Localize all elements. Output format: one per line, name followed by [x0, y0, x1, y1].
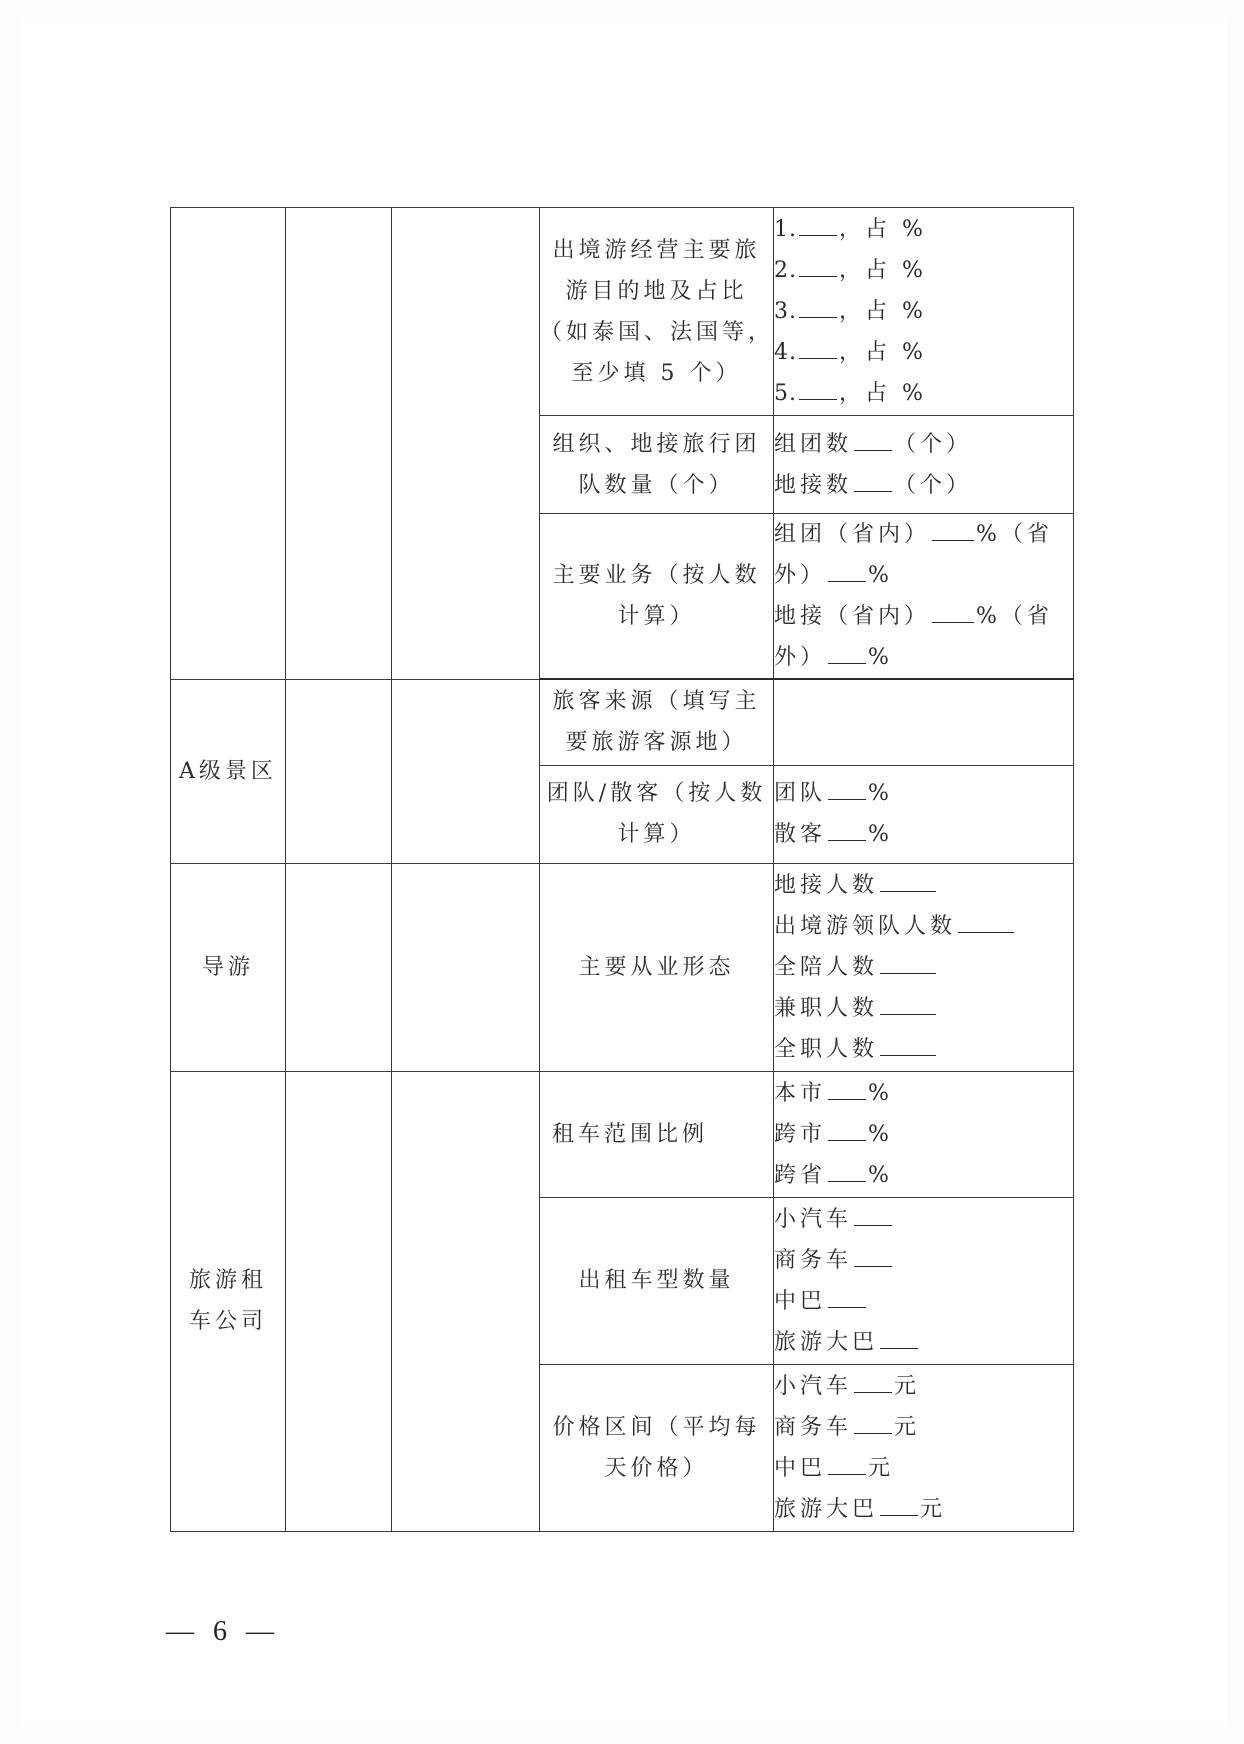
item-label-line: 队数量（个） [540, 465, 773, 506]
category-tour-guide: 导游 [171, 863, 286, 1071]
fill-cell-employment-form: 地接人数 出境游领队人数 全陪人数 兼职人数 全职人数 [774, 863, 1074, 1071]
individual-percent-field[interactable]: 散客% [774, 814, 1073, 855]
item-label-main-business: 主要业务（按人数 计算） [540, 514, 774, 680]
blank-line[interactable] [828, 641, 866, 664]
category-car-rental: 旅游租 车公司 [171, 1071, 286, 1531]
blank-line[interactable] [880, 1326, 918, 1349]
blank-cell[interactable] [392, 208, 540, 680]
survey-table: 出境游经营主要旅 游目的地及占比 （如泰国、法国等， 至少填 5 个） 1.，占… [170, 207, 1074, 1532]
tour-bus-price-field[interactable]: 旅游大巴元 [774, 1489, 1073, 1530]
outbound-leader-count-field[interactable]: 出境游领队人数 [774, 906, 1073, 947]
category-a-level-scenic: A级景区 [171, 679, 286, 863]
blank-cell[interactable] [392, 1071, 540, 1531]
blank-cell[interactable] [392, 863, 540, 1071]
blank-line[interactable] [799, 254, 837, 277]
destination-field-3[interactable]: 3.，占 % [774, 291, 1073, 332]
blank-line[interactable] [854, 1203, 892, 1226]
item-label-line: 出境游经营主要旅 [540, 230, 773, 271]
blank-line[interactable] [854, 1244, 892, 1267]
table-row: 导游 主要从业形态 地接人数 出境游领队人数 全陪人数 兼职人数 全职人数 [171, 863, 1074, 1071]
blank-line[interactable] [828, 1285, 866, 1308]
blank-line[interactable] [880, 1033, 936, 1056]
blank-line[interactable] [880, 951, 936, 974]
item-label-line: 计算） [540, 596, 773, 637]
category-line: 旅游租 [171, 1260, 285, 1301]
blank-cell[interactable] [286, 863, 392, 1071]
destination-field-4[interactable]: 4.，占 % [774, 332, 1073, 373]
item-label-visitor-source: 旅客来源（填写主 要旅游客源地） [540, 679, 774, 765]
table-row: 旅游租 车公司 租车范围比例 本市% 跨市% 跨省% [171, 1071, 1074, 1197]
fill-cell-main-business: 组团（省内）%（省 外）% 地接（省内）%（省 外）% [774, 514, 1074, 680]
destination-field-1[interactable]: 1.，占 % [774, 209, 1073, 250]
blank-line[interactable] [854, 1370, 892, 1393]
local-reception-count-field[interactable]: 地接数（个） [774, 465, 1073, 506]
minibus-price-field[interactable]: 中巴元 [774, 1448, 1073, 1489]
destination-field-2[interactable]: 2.，占 % [774, 250, 1073, 291]
blank-line[interactable] [880, 1493, 918, 1516]
same-city-field[interactable]: 本市% [774, 1073, 1073, 1114]
blank-line[interactable] [828, 1118, 866, 1141]
blank-line[interactable] [799, 213, 837, 236]
destination-field-5[interactable]: 5.，占 % [774, 373, 1073, 414]
group-outside-province-field[interactable]: 外）% [774, 555, 1073, 596]
item-label-line: 至少填 5 个） [540, 353, 773, 394]
blank-cell[interactable] [286, 679, 392, 863]
blank-line[interactable] [958, 910, 1014, 933]
blank-line[interactable] [828, 1077, 866, 1100]
cross-province-field[interactable]: 跨省% [774, 1155, 1073, 1196]
part-time-count-field[interactable]: 兼职人数 [774, 988, 1073, 1029]
blank-line[interactable] [880, 992, 936, 1015]
item-label-line: 游目的地及占比 [540, 271, 773, 312]
cross-city-field[interactable]: 跨市% [774, 1114, 1073, 1155]
car-count-field[interactable]: 小汽车 [774, 1199, 1073, 1240]
item-label-line: （如泰国、法国等， [540, 312, 773, 353]
blank-line[interactable] [828, 1159, 866, 1182]
item-label-rental-scope: 租车范围比例 [540, 1071, 774, 1197]
page-number: — 6 — [166, 1616, 280, 1648]
group-percent-field[interactable]: 团队% [774, 773, 1073, 814]
item-label-line: 要旅游客源地） [540, 722, 773, 763]
blank-line[interactable] [932, 600, 974, 623]
blank-cell[interactable] [392, 679, 540, 863]
item-label-employment-form: 主要从业形态 [540, 863, 774, 1071]
item-label-group-count: 组织、地接旅行团 队数量（个） [540, 416, 774, 514]
item-label-line: 主要业务（按人数 [540, 555, 773, 596]
blank-line[interactable] [854, 469, 892, 492]
table-row: 出境游经营主要旅 游目的地及占比 （如泰国、法国等， 至少填 5 个） 1.，占… [171, 208, 1074, 416]
blank-line[interactable] [854, 1411, 892, 1434]
blank-line[interactable] [828, 777, 866, 800]
blank-line[interactable] [799, 295, 837, 318]
full-escort-count-field[interactable]: 全陪人数 [774, 947, 1073, 988]
blank-cell[interactable] [286, 208, 392, 680]
item-label-outbound-destinations: 出境游经营主要旅 游目的地及占比 （如泰国、法国等， 至少填 5 个） [540, 208, 774, 416]
fill-cell-destinations: 1.，占 % 2.，占 % 3.，占 % 4.，占 % 5.，占 % [774, 208, 1074, 416]
local-guide-count-field[interactable]: 地接人数 [774, 865, 1073, 906]
item-label-group-individual: 团队/散客（按人数 计算） [540, 765, 774, 863]
category-cell [171, 208, 286, 680]
fill-cell-rental-scope: 本市% 跨市% 跨省% [774, 1071, 1074, 1197]
blank-line[interactable] [854, 428, 892, 451]
fill-cell-group-individual: 团队% 散客% [774, 765, 1074, 863]
reception-outside-province-field[interactable]: 外）% [774, 637, 1073, 678]
blank-line[interactable] [799, 377, 837, 400]
item-label-price-range: 价格区间（平均每 天价格） [540, 1364, 774, 1531]
fill-cell-visitor-source[interactable] [774, 679, 1074, 765]
table-row: A级景区 旅客来源（填写主 要旅游客源地） [171, 679, 1074, 765]
item-label-line: 旅客来源（填写主 [540, 681, 773, 722]
tour-bus-count-field[interactable]: 旅游大巴 [774, 1322, 1073, 1363]
blank-line[interactable] [880, 869, 936, 892]
car-price-field[interactable]: 小汽车元 [774, 1366, 1073, 1407]
group-province-field[interactable]: 组团（省内）%（省 [774, 514, 1073, 555]
fill-cell-vehicle-count: 小汽车 商务车 中巴 旅游大巴 [774, 1197, 1074, 1364]
blank-line[interactable] [828, 559, 866, 582]
fill-cell-group-count: 组团数（个） 地接数（个） [774, 416, 1074, 514]
category-line: 车公司 [171, 1301, 285, 1342]
item-label-vehicle-count: 出租车型数量 [540, 1197, 774, 1364]
blank-line[interactable] [828, 1452, 866, 1475]
blank-line[interactable] [828, 818, 866, 841]
reception-province-field[interactable]: 地接（省内）%（省 [774, 596, 1073, 637]
fill-cell-price-range: 小汽车元 商务车元 中巴元 旅游大巴元 [774, 1364, 1074, 1531]
business-car-price-field[interactable]: 商务车元 [774, 1407, 1073, 1448]
item-label-line: 天价格） [540, 1448, 773, 1489]
full-time-count-field[interactable]: 全职人数 [774, 1029, 1073, 1070]
group-count-field[interactable]: 组团数（个） [774, 424, 1073, 465]
minibus-count-field[interactable]: 中巴 [774, 1281, 1073, 1322]
item-label-line: 组织、地接旅行团 [540, 424, 773, 465]
item-label-line: 计算） [540, 814, 773, 855]
business-car-count-field[interactable]: 商务车 [774, 1240, 1073, 1281]
item-label-line: 团队/散客（按人数 [540, 773, 773, 814]
blank-line[interactable] [799, 336, 837, 359]
blank-cell[interactable] [286, 1071, 392, 1531]
blank-line[interactable] [932, 518, 974, 541]
item-label-line: 价格区间（平均每 [540, 1407, 773, 1448]
